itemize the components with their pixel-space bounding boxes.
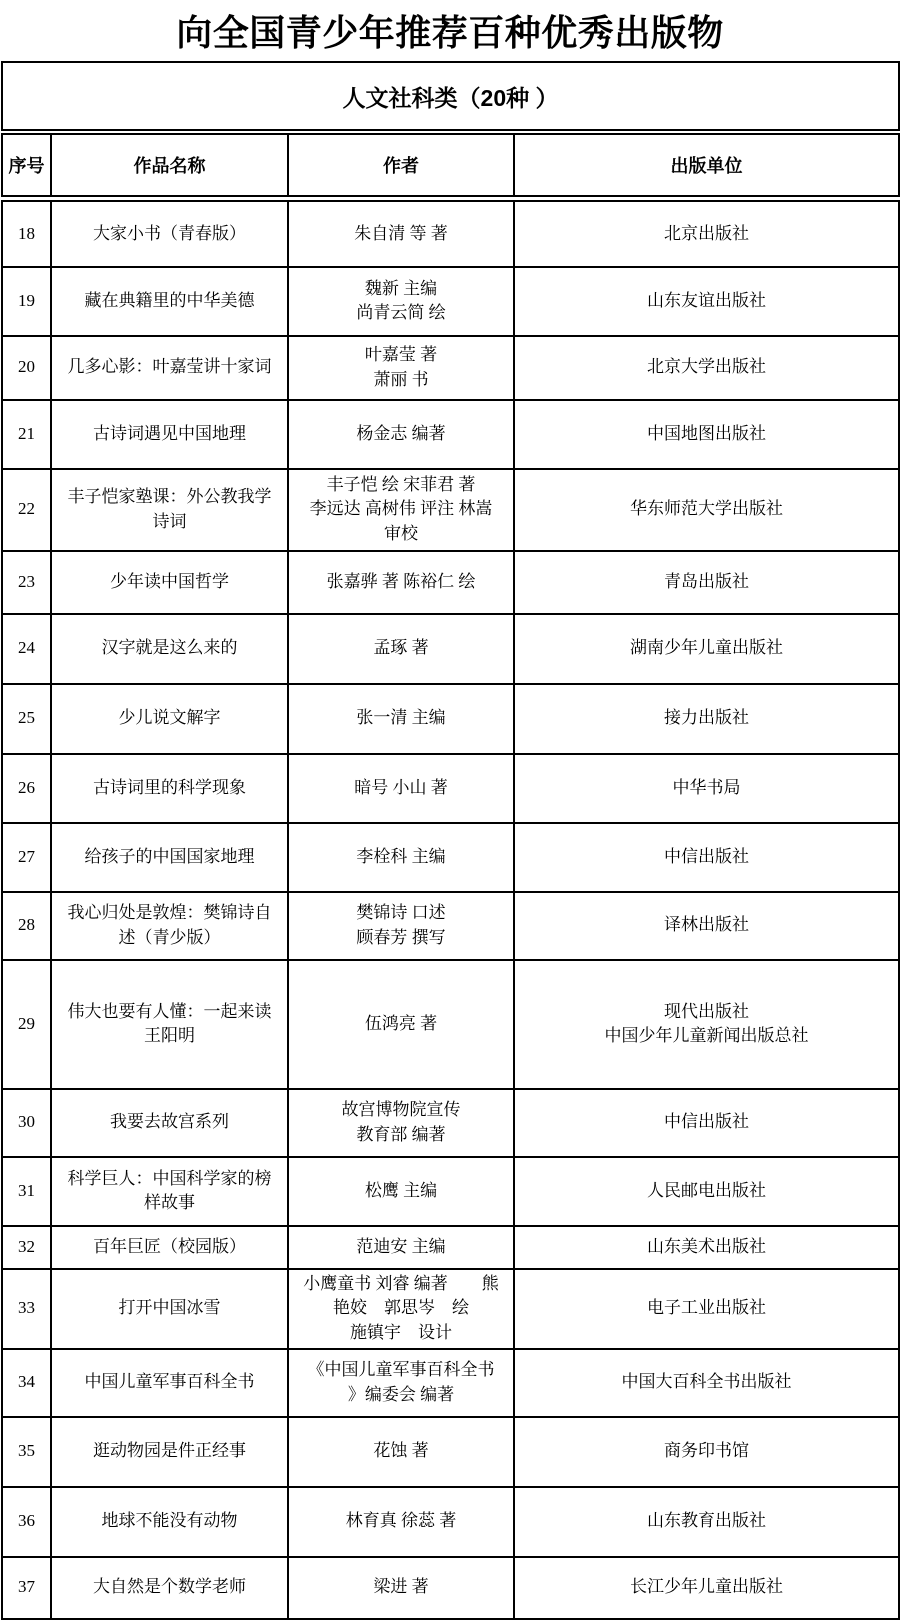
book-author: 杨金志 编著	[288, 400, 514, 469]
book-author: 梁进 著	[288, 1557, 514, 1619]
row-number: 35	[2, 1417, 51, 1487]
book-author: 暗号 小山 著	[288, 754, 514, 823]
book-title: 大自然是个数学老师	[51, 1557, 288, 1619]
book-author: 张一清 主编	[288, 684, 514, 754]
book-publisher: 长江少年儿童出版社	[514, 1557, 899, 1619]
book-author: 范迪安 主编	[288, 1226, 514, 1269]
row-number: 18	[2, 199, 51, 267]
row-number: 25	[2, 684, 51, 754]
book-title: 少年读中国哲学	[51, 551, 288, 614]
book-publisher: 山东美术出版社	[514, 1226, 899, 1269]
row-number: 31	[2, 1157, 51, 1226]
book-title: 藏在典籍里的中华美德	[51, 267, 288, 336]
table-row: 23 少年读中国哲学 张嘉骅 著 陈裕仁 绘 青岛出版社	[2, 551, 899, 614]
book-author: 林育真 徐蕊 著	[288, 1487, 514, 1557]
table-row: 33 打开中国冰雪 小鹰童书 刘睿 编著 熊 艳姣 郭思岑 绘 施镇宇 设计 电…	[2, 1269, 899, 1349]
category-header: 人文社科类（20种 ）	[2, 62, 899, 132]
book-author: 李栓科 主编	[288, 823, 514, 892]
column-header-row: 序号 作品名称 作者 出版单位	[2, 132, 899, 199]
book-publisher: 青岛出版社	[514, 551, 899, 614]
table-row: 31 科学巨人：中国科学家的榜 样故事 松鹰 主编 人民邮电出版社	[2, 1157, 899, 1226]
book-publisher: 中信出版社	[514, 1089, 899, 1157]
book-title: 几多心影：叶嘉莹讲十家词	[51, 336, 288, 400]
book-publisher: 湖南少年儿童出版社	[514, 614, 899, 684]
book-author: 魏新 主编 尚青云简 绘	[288, 267, 514, 336]
row-number: 32	[2, 1226, 51, 1269]
document-page: 向全国青少年推荐百种优秀出版物 人文社科类（20种 ） 序号 作品名称 作者 出…	[0, 0, 900, 1620]
book-title: 我心归处是敦煌：樊锦诗自 述（青少版）	[51, 892, 288, 960]
book-publisher: 人民邮电出版社	[514, 1157, 899, 1226]
book-author: 丰子恺 绘 宋菲君 著 李远达 高树伟 评注 林嵩 审校	[288, 469, 514, 551]
book-publisher: 华东师范大学出版社	[514, 469, 899, 551]
book-author: 张嘉骅 著 陈裕仁 绘	[288, 551, 514, 614]
table-row: 32 百年巨匠（校园版） 范迪安 主编 山东美术出版社	[2, 1226, 899, 1269]
book-author: 叶嘉莹 著 萧丽 书	[288, 336, 514, 400]
book-publisher: 北京大学出版社	[514, 336, 899, 400]
book-publisher: 译林出版社	[514, 892, 899, 960]
book-author: 樊锦诗 口述 顾春芳 撰写	[288, 892, 514, 960]
row-number: 34	[2, 1349, 51, 1417]
book-title: 打开中国冰雪	[51, 1269, 288, 1349]
row-number: 24	[2, 614, 51, 684]
publications-table: 人文社科类（20种 ） 序号 作品名称 作者 出版单位 18 大家小书（青春版）…	[1, 61, 900, 1619]
column-header-title: 作品名称	[51, 132, 288, 199]
book-author: 伍鸿亮 著	[288, 960, 514, 1089]
table-row: 35 逛动物园是件正经事 花蚀 著 商务印书馆	[2, 1417, 899, 1487]
book-title: 逛动物园是件正经事	[51, 1417, 288, 1487]
row-number: 19	[2, 267, 51, 336]
book-author: 故宫博物院宣传 教育部 编著	[288, 1089, 514, 1157]
table-row: 36 地球不能没有动物 林育真 徐蕊 著 山东教育出版社	[2, 1487, 899, 1557]
row-number: 22	[2, 469, 51, 551]
book-title: 我要去故宫系列	[51, 1089, 288, 1157]
book-publisher: 中国大百科全书出版社	[514, 1349, 899, 1417]
book-title: 古诗词里的科学现象	[51, 754, 288, 823]
book-author: 松鹰 主编	[288, 1157, 514, 1226]
table-row: 22 丰子恺家塾课：外公教我学 诗词 丰子恺 绘 宋菲君 著 李远达 高树伟 评…	[2, 469, 899, 551]
book-publisher: 山东教育出版社	[514, 1487, 899, 1557]
book-title: 科学巨人：中国科学家的榜 样故事	[51, 1157, 288, 1226]
book-title: 少儿说文解字	[51, 684, 288, 754]
row-number: 28	[2, 892, 51, 960]
column-header-author: 作者	[288, 132, 514, 199]
table-row: 30 我要去故宫系列 故宫博物院宣传 教育部 编著 中信出版社	[2, 1089, 899, 1157]
row-number: 21	[2, 400, 51, 469]
page-title: 向全国青少年推荐百种优秀出版物	[0, 0, 900, 61]
table-row: 20 几多心影：叶嘉莹讲十家词 叶嘉莹 著 萧丽 书 北京大学出版社	[2, 336, 899, 400]
book-publisher: 中华书局	[514, 754, 899, 823]
book-title: 地球不能没有动物	[51, 1487, 288, 1557]
book-publisher: 中信出版社	[514, 823, 899, 892]
book-author: 朱自清 等 著	[288, 199, 514, 267]
row-number: 23	[2, 551, 51, 614]
book-title: 古诗词遇见中国地理	[51, 400, 288, 469]
category-row: 人文社科类（20种 ）	[2, 62, 899, 132]
book-title: 百年巨匠（校园版）	[51, 1226, 288, 1269]
row-number: 36	[2, 1487, 51, 1557]
book-publisher: 电子工业出版社	[514, 1269, 899, 1349]
book-publisher: 北京出版社	[514, 199, 899, 267]
row-number: 27	[2, 823, 51, 892]
book-publisher: 中国地图出版社	[514, 400, 899, 469]
book-publisher: 接力出版社	[514, 684, 899, 754]
table-row: 37 大自然是个数学老师 梁进 著 长江少年儿童出版社	[2, 1557, 899, 1619]
book-title: 中国儿童军事百科全书	[51, 1349, 288, 1417]
row-number: 29	[2, 960, 51, 1089]
table-row: 21 古诗词遇见中国地理 杨金志 编著 中国地图出版社	[2, 400, 899, 469]
table-row: 26 古诗词里的科学现象 暗号 小山 著 中华书局	[2, 754, 899, 823]
table-row: 19 藏在典籍里的中华美德 魏新 主编 尚青云简 绘 山东友谊出版社	[2, 267, 899, 336]
book-publisher: 商务印书馆	[514, 1417, 899, 1487]
table-row: 29 伟大也要有人懂：一起来读 王阳明 伍鸿亮 著 现代出版社 中国少年儿童新闻…	[2, 960, 899, 1089]
table-row: 18 大家小书（青春版） 朱自清 等 著 北京出版社	[2, 199, 899, 267]
book-table-body: 18 大家小书（青春版） 朱自清 等 著 北京出版社 19 藏在典籍里的中华美德…	[2, 199, 899, 1619]
book-title: 伟大也要有人懂：一起来读 王阳明	[51, 960, 288, 1089]
book-title: 丰子恺家塾课：外公教我学 诗词	[51, 469, 288, 551]
book-publisher: 现代出版社 中国少年儿童新闻出版总社	[514, 960, 899, 1089]
column-header-publisher: 出版单位	[514, 132, 899, 199]
table-row: 28 我心归处是敦煌：樊锦诗自 述（青少版） 樊锦诗 口述 顾春芳 撰写 译林出…	[2, 892, 899, 960]
book-author: 《中国儿童军事百科全书 》编委会 编著	[288, 1349, 514, 1417]
book-author: 小鹰童书 刘睿 编著 熊 艳姣 郭思岑 绘 施镇宇 设计	[288, 1269, 514, 1349]
row-number: 33	[2, 1269, 51, 1349]
table-row: 24 汉字就是这么来的 孟琢 著 湖南少年儿童出版社	[2, 614, 899, 684]
row-number: 30	[2, 1089, 51, 1157]
column-header-no: 序号	[2, 132, 51, 199]
table-row: 25 少儿说文解字 张一清 主编 接力出版社	[2, 684, 899, 754]
table-row: 27 给孩子的中国国家地理 李栓科 主编 中信出版社	[2, 823, 899, 892]
book-title: 大家小书（青春版）	[51, 199, 288, 267]
row-number: 26	[2, 754, 51, 823]
row-number: 37	[2, 1557, 51, 1619]
book-author: 孟琢 著	[288, 614, 514, 684]
table-head: 人文社科类（20种 ） 序号 作品名称 作者 出版单位	[2, 62, 899, 199]
book-publisher: 山东友谊出版社	[514, 267, 899, 336]
book-title: 给孩子的中国国家地理	[51, 823, 288, 892]
table-row: 34 中国儿童军事百科全书 《中国儿童军事百科全书 》编委会 编著 中国大百科全…	[2, 1349, 899, 1417]
book-title: 汉字就是这么来的	[51, 614, 288, 684]
book-author: 花蚀 著	[288, 1417, 514, 1487]
row-number: 20	[2, 336, 51, 400]
